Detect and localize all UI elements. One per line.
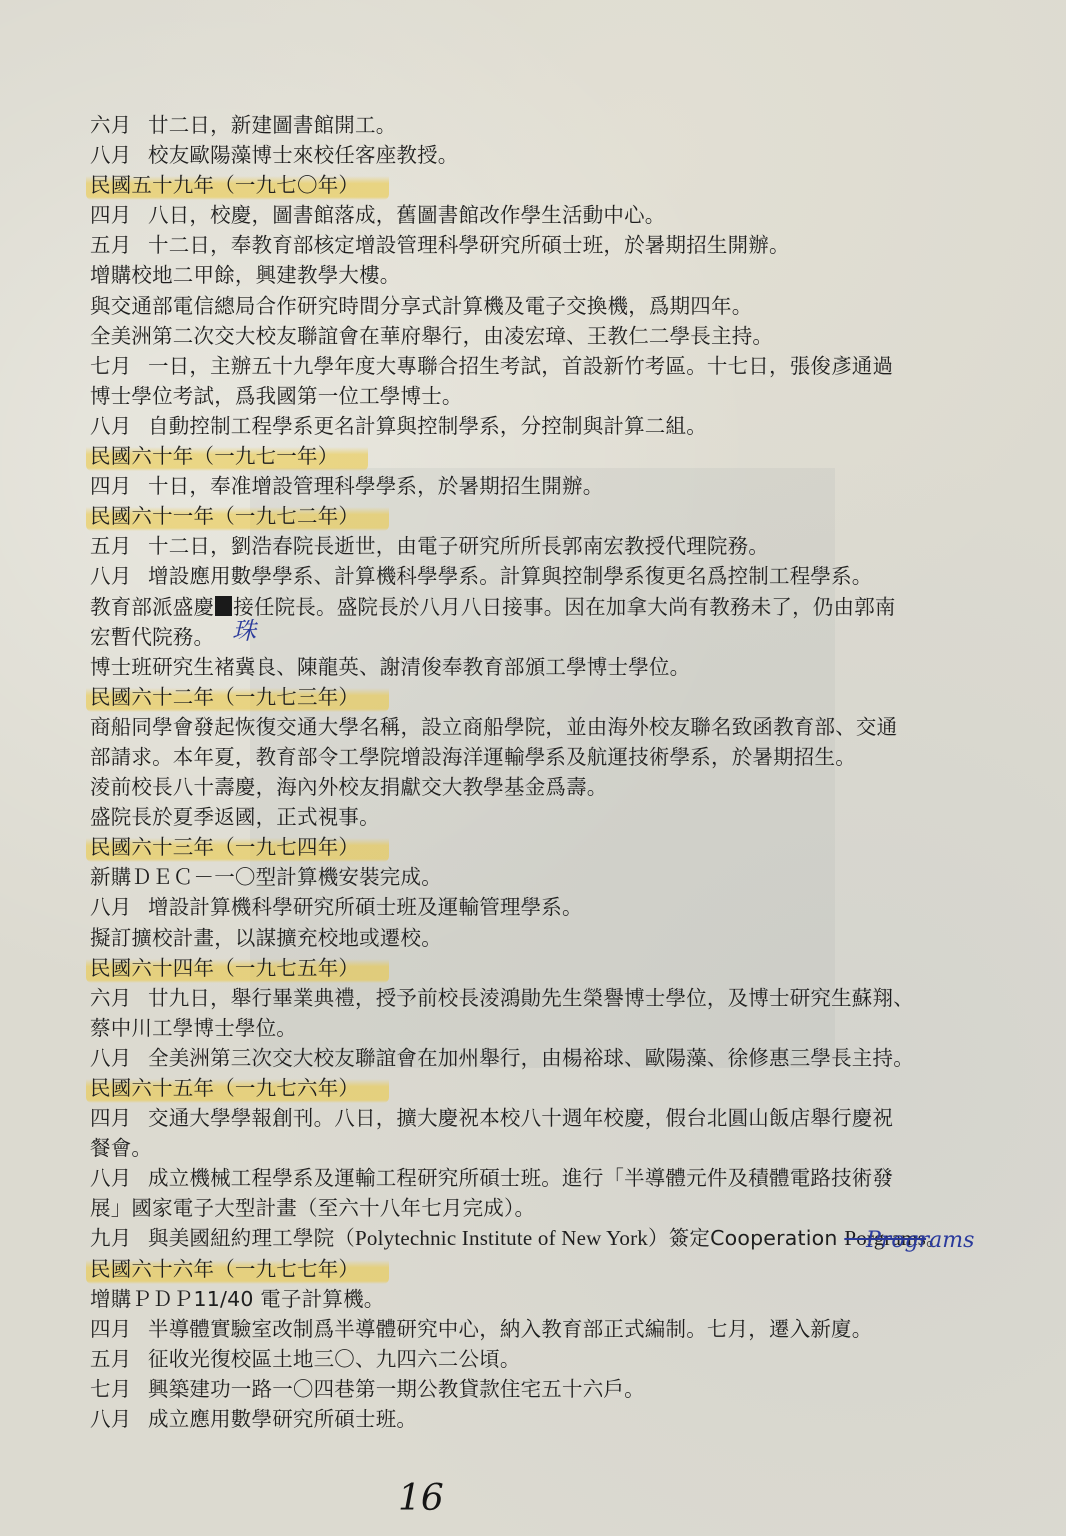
- entry-line: 五月征收光復校區土地三〇、九四六二公頃。: [90, 1344, 970, 1374]
- month-label: 五月: [90, 1344, 148, 1374]
- plain-line: 商船同學會發起恢復交通大學名稱，設立商船學院，並由海外校友聯名致函教育部、交通: [90, 712, 970, 742]
- month-label: 八月: [90, 140, 148, 170]
- month-label: 八月: [90, 1043, 148, 1073]
- entry-text: 增購校地二甲餘，興建教學大樓。: [90, 263, 401, 287]
- month-label: 八月: [90, 1163, 148, 1193]
- entry-text: 新購ＤＥＣ－一〇型計算機安裝完成。: [90, 865, 442, 889]
- entry-text: 增設計算機科學研究所碩士班及運輸管理學系。: [148, 895, 583, 919]
- entry-text: 十二日，劉浩春院長逝世，由電子研究所所長郭南宏教授代理院務。: [148, 534, 769, 558]
- year-heading-line: 民國五十九年（一九七〇年）: [90, 170, 970, 200]
- year-heading-line: 民國六十五年（一九七六年）: [90, 1073, 970, 1103]
- entry-text: 展」國家電子大型計畫（至六十八年七月完成）。: [90, 1196, 535, 1220]
- english-institution-name: Polytechnic Institute of New York: [355, 1226, 648, 1250]
- plain-line: 博士班研究生褚冀良、陳龍英、謝清俊奉教育部頒工學博士學位。: [90, 652, 970, 682]
- month-label: 六月: [90, 110, 148, 140]
- year-heading-line: 民國六十四年（一九七五年）: [90, 953, 970, 983]
- plain-line: 增購校地二甲餘，興建教學大樓。: [90, 260, 970, 290]
- year-heading: 民國六十二年（一九七三年）: [86, 682, 389, 712]
- entry-line: 八月校友歐陽藻博士來校任客座教授。: [90, 140, 970, 170]
- entry-line: 四月交通大學學報創刊。八日，擴大慶祝本校八十週年校慶，假台北圓山飯店舉行慶祝: [90, 1103, 970, 1133]
- handwritten-annotation: 珠: [232, 616, 256, 646]
- entry-text: 與美國紐約理工學院（: [148, 1226, 355, 1250]
- entry-line: 八月增設應用數學學系、計算機科學學系。計算與控制學系復更名爲控制工程學系。: [90, 561, 970, 591]
- entry-text: 宏暫代院務。: [90, 625, 214, 649]
- document-page: 六月廿二日，新建圖書館開工。 八月校友歐陽藻博士來校任客座教授。 民國五十九年（…: [90, 110, 970, 1434]
- entry-text: 部請求。本年夏，教育部令工學院增設海洋運輸學系及航運技術學系，於暑期招生。: [90, 745, 856, 769]
- entry-text: 交通大學學報創刊。八日，擴大慶祝本校八十週年校慶，假台北圓山飯店舉行慶祝: [148, 1106, 893, 1130]
- entry-line: 四月半導體實驗室改制爲半導體研究中心，納入教育部正式編制。七月，遷入新廈。: [90, 1314, 970, 1344]
- entry-line: 四月八日，校慶，圖書館落成，舊圖書館改作學生活動中心。: [90, 200, 970, 230]
- entry-text: 十日，奉准增設管理科學學系，於暑期招生開辦。: [148, 474, 603, 498]
- entry-text: 淩前校長八十壽慶，海內外校友捐獻交大教學基金爲壽。: [90, 775, 608, 799]
- year-heading: 民國六十一年（一九七二年）: [86, 501, 389, 531]
- entry-line: 六月廿二日，新建圖書館開工。: [90, 110, 970, 140]
- month-label: 四月: [90, 200, 148, 230]
- redaction-block: [215, 596, 232, 616]
- entry-text: 商船同學會發起恢復交通大學名稱，設立商船學院，並由海外校友聯名致函教育部、交通: [90, 715, 897, 739]
- entry-line: 七月興築建功一路一〇四巷第一期公教貸款住宅五十六戶。: [90, 1374, 970, 1404]
- year-heading: 民國六十四年（一九七五年）: [86, 953, 389, 983]
- entry-text: 與交通部電信總局合作研究時間分享式計算機及電子交換機，爲期四年。: [90, 294, 752, 318]
- year-heading: 民國六十六年（一九七七年）: [86, 1254, 389, 1284]
- plain-line: 蔡中川工學博士學位。: [90, 1013, 970, 1043]
- plain-line: 博士學位考試，爲我國第一位工學博士。: [90, 381, 970, 411]
- entry-line: 八月自動控制工程學系更名計算與控制學系，分控制與計算二組。: [90, 411, 970, 441]
- handwritten-correction: Programs: [866, 1228, 974, 1253]
- plain-line: 餐會。: [90, 1133, 970, 1163]
- year-heading-line: 民國六十一年（一九七二年）: [90, 501, 970, 531]
- plain-line: 與交通部電信總局合作研究時間分享式計算機及電子交換機，爲期四年。: [90, 291, 970, 321]
- entry-line: 五月十二日，奉教育部核定增設管理科學研究所碩士班，於暑期招生開辦。: [90, 230, 970, 260]
- entry-text: 擬訂擴校計畫，以謀擴充校地或遷校。: [90, 926, 442, 950]
- entry-text: ）簽定Cooperation: [648, 1226, 844, 1250]
- month-label: 四月: [90, 471, 148, 501]
- plain-line: 淩前校長八十壽慶，海內外校友捐獻交大教學基金爲壽。: [90, 772, 970, 802]
- month-label: 八月: [90, 411, 148, 441]
- plain-line: 展」國家電子大型計畫（至六十八年七月完成）。: [90, 1193, 970, 1223]
- year-heading-line: 民國六十二年（一九七三年）: [90, 682, 970, 712]
- month-label: 六月: [90, 983, 148, 1013]
- entry-line: 五月十二日，劉浩春院長逝世，由電子研究所所長郭南宏教授代理院務。: [90, 531, 970, 561]
- month-label: 五月: [90, 531, 148, 561]
- entry-text: 興築建功一路一〇四巷第一期公教貸款住宅五十六戶。: [148, 1377, 645, 1401]
- plain-line: 盛院長於夏季返國，正式視事。: [90, 802, 970, 832]
- month-label: 八月: [90, 561, 148, 591]
- entry-line: 八月全美洲第三次交大校友聯誼會在加州舉行，由楊裕球、歐陽藻、徐修惠三學長主持。: [90, 1043, 970, 1073]
- year-heading-line: 民國六十三年（一九七四年）: [90, 832, 970, 862]
- entry-text: 餐會。: [90, 1136, 152, 1160]
- month-label: 七月: [90, 1374, 148, 1404]
- entry-line: 四月十日，奉准增設管理科學學系，於暑期招生開辦。: [90, 471, 970, 501]
- plain-line: 增購ＰＤＰ11/40 電子計算機。: [90, 1284, 970, 1314]
- entry-text: 十二日，奉教育部核定增設管理科學研究所碩士班，於暑期招生開辦。: [148, 233, 790, 257]
- year-heading: 民國六十五年（一九七六年）: [86, 1073, 389, 1103]
- entry-line: 七月一日，主辦五十九學年度大專聯合招生考試，首設新竹考區。十七日，張俊彥通過: [90, 351, 970, 381]
- year-heading: 民國六十年（一九七一年）: [86, 441, 368, 471]
- entry-line: 六月廿九日，舉行畢業典禮，授予前校長淩鴻勛先生榮譽博士學位，及博士研究生蘇翔、: [90, 983, 970, 1013]
- entry-text: 成立機械工程學系及運輸工程研究所碩士班。進行「半導體元件及積體電路技術發: [148, 1166, 893, 1190]
- month-label: 八月: [90, 1404, 148, 1434]
- month-label: 七月: [90, 351, 148, 381]
- entry-text: 校友歐陽藻博士來校任客座教授。: [148, 143, 459, 167]
- month-label: 八月: [90, 892, 148, 922]
- month-label: 五月: [90, 230, 148, 260]
- entry-text: 博士學位考試，爲我國第一位工學博士。: [90, 384, 463, 408]
- year-heading-line: 民國六十六年（一九七七年）: [90, 1254, 970, 1284]
- entry-line: 九月與美國紐約理工學院（Polytechnic Institute of New…: [90, 1223, 970, 1253]
- entry-text: 廿九日，舉行畢業典禮，授予前校長淩鴻勛先生榮譽博士學位，及博士研究生蘇翔、: [148, 986, 914, 1010]
- entry-text: 廿二日，新建圖書館開工。: [148, 113, 396, 137]
- month-label: 九月: [90, 1223, 148, 1253]
- entry-text: 全美洲第三次交大校友聯誼會在加州舉行，由楊裕球、歐陽藻、徐修惠三學長主持。: [148, 1046, 914, 1070]
- year-heading-line: 民國六十年（一九七一年）: [90, 441, 970, 471]
- entry-text: 八日，校慶，圖書館落成，舊圖書館改作學生活動中心。: [148, 203, 666, 227]
- entry-text: 半導體實驗室改制爲半導體研究中心，納入教育部正式編制。七月，遷入新廈。: [148, 1317, 873, 1341]
- plain-line: 擬訂擴校計畫，以謀擴充校地或遷校。: [90, 923, 970, 953]
- entry-line: 八月增設計算機科學研究所碩士班及運輸管理學系。: [90, 892, 970, 922]
- entry-text: 盛院長於夏季返國，正式視事。: [90, 805, 380, 829]
- page-number: 16: [398, 1478, 444, 1519]
- entry-line: 八月成立應用數學研究所碩士班。: [90, 1404, 970, 1434]
- plain-line: 新購ＤＥＣ－一〇型計算機安裝完成。: [90, 862, 970, 892]
- entry-text: 增設應用數學學系、計算機科學學系。計算與控制學系復更名爲控制工程學系。: [148, 564, 873, 588]
- entry-text: 蔡中川工學博士學位。: [90, 1016, 297, 1040]
- entry-text: 自動控制工程學系更名計算與控制學系，分控制與計算二組。: [148, 414, 707, 438]
- year-heading: 民國五十九年（一九七〇年）: [86, 170, 389, 200]
- entry-line: 八月成立機械工程學系及運輸工程研究所碩士班。進行「半導體元件及積體電路技術發: [90, 1163, 970, 1193]
- plain-line: 全美洲第二次交大校友聯誼會在華府舉行，由凌宏璋、王教仁二學長主持。: [90, 321, 970, 351]
- month-label: 四月: [90, 1314, 148, 1344]
- entry-text: 教育部派盛慶: [90, 595, 214, 619]
- entry-text: 征收光復校區土地三〇、九四六二公頃。: [148, 1347, 521, 1371]
- entry-text: 接任院長。盛院長於八月八日接事。因在加拿大尚有教務未了，仍由郭南: [233, 595, 895, 619]
- entry-text: 一日，主辦五十九學年度大專聯合招生考試，首設新竹考區。十七日，張俊彥通過: [148, 354, 893, 378]
- entry-text: 博士班研究生褚冀良、陳龍英、謝清俊奉教育部頒工學博士學位。: [90, 655, 690, 679]
- entry-text: 增購ＰＤＰ11/40 電子計算機。: [90, 1287, 385, 1311]
- year-heading: 民國六十三年（一九七四年）: [86, 832, 389, 862]
- plain-line: 宏暫代院務。珠: [90, 622, 970, 652]
- month-label: 四月: [90, 1103, 148, 1133]
- entry-text: 全美洲第二次交大校友聯誼會在華府舉行，由凌宏璋、王教仁二學長主持。: [90, 324, 773, 348]
- plain-line: 部請求。本年夏，教育部令工學院增設海洋運輸學系及航運技術學系，於暑期招生。: [90, 742, 970, 772]
- entry-text: 成立應用數學研究所碩士班。: [148, 1407, 417, 1431]
- plain-line: 教育部派盛慶接任院長。盛院長於八月八日接事。因在加拿大尚有教務未了，仍由郭南: [90, 592, 970, 622]
